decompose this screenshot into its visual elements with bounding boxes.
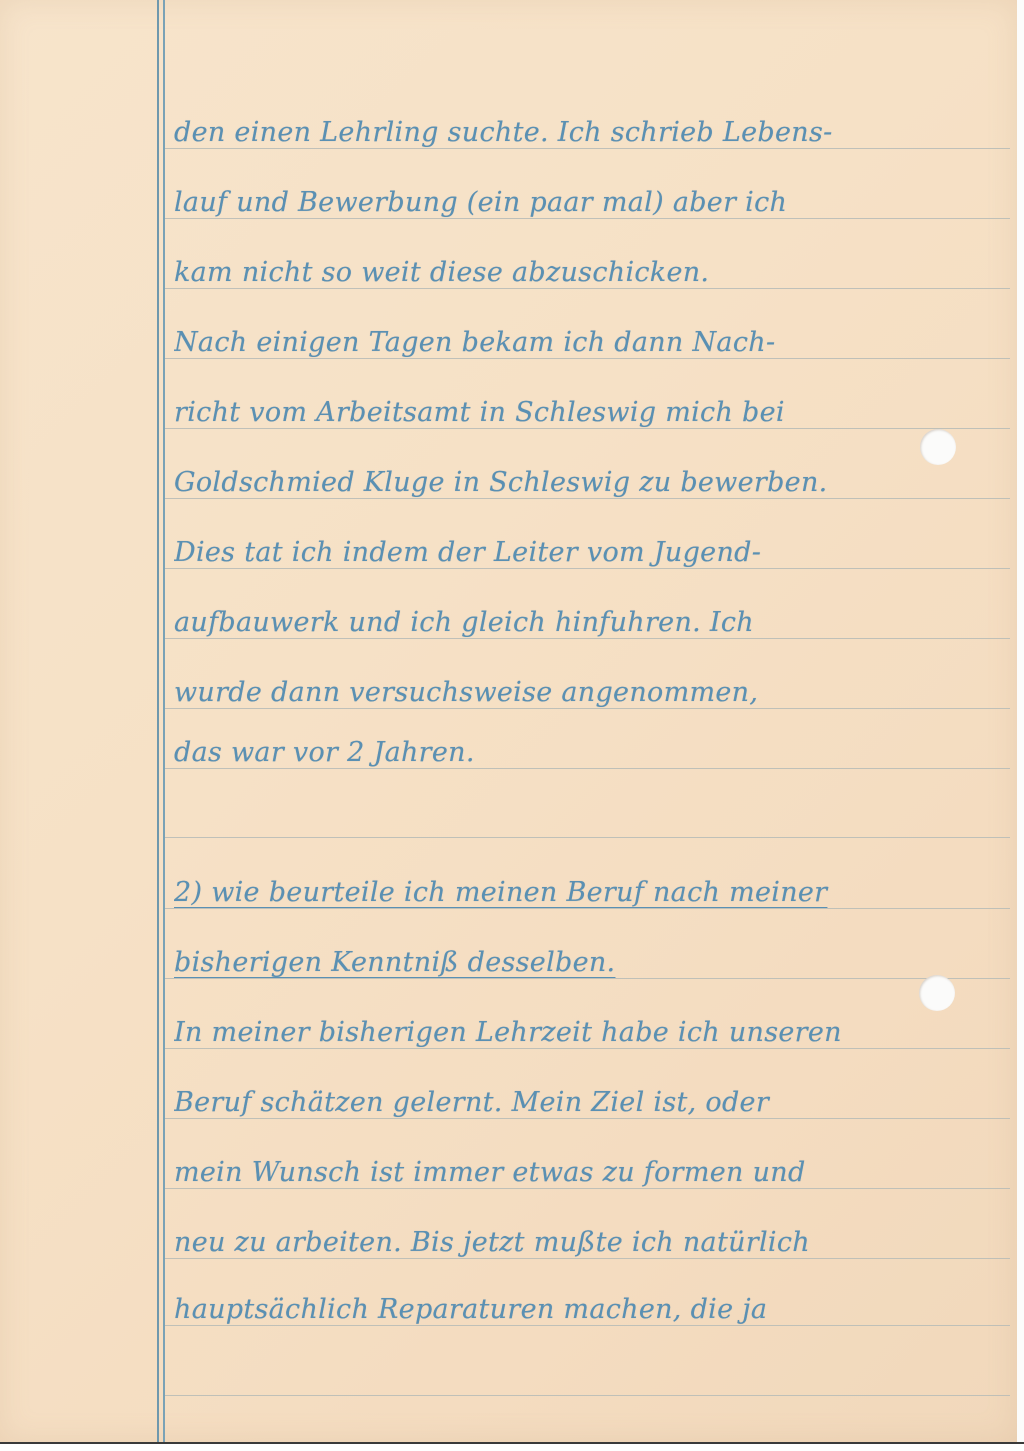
text-line: In meiner bisherigen Lehrzeit habe ich u… (174, 1018, 1004, 1048)
text-line: richt vom Arbeitsamt in Schleswig mich b… (174, 398, 1004, 428)
ruled-line (165, 148, 1010, 149)
ruled-line (165, 1325, 1010, 1326)
section-heading-line: bisherigen Kenntniß desselben. (174, 948, 1004, 978)
text-line: Nach einigen Tagen bekam ich dann Nach- (174, 328, 1004, 358)
scan-edge (1017, 0, 1024, 1442)
text-line: den einen Lehrling suchte. Ich schrieb L… (174, 118, 1004, 148)
text-line: kam nicht so weit diese abzuschicken. (174, 258, 1004, 288)
ruled-line (165, 708, 1010, 709)
text-line: das war vor 2 Jahren. (174, 738, 1004, 768)
ruled-line (165, 498, 1010, 499)
text-line: neu zu arbeiten. Bis jetzt mußte ich nat… (174, 1228, 1004, 1258)
text-line: mein Wunsch ist immer etwas zu formen un… (174, 1158, 1004, 1188)
ruled-line (165, 1188, 1010, 1189)
punch-hole (920, 429, 956, 465)
text-line: Beruf schätzen gelernt. Mein Ziel ist, o… (174, 1088, 1004, 1118)
ruled-line (165, 288, 1010, 289)
paper-page: den einen Lehrling suchte. Ich schrieb L… (0, 0, 1017, 1442)
ruled-line (165, 568, 1010, 569)
ruled-line (165, 1118, 1010, 1119)
ruled-line (165, 1395, 1010, 1396)
text-line: aufbauwerk und ich gleich hinfuhren. Ich (174, 608, 1004, 638)
punch-hole (919, 975, 955, 1011)
text-line: wurde dann versuchsweise angenommen, (174, 678, 1004, 708)
text-line: hauptsächlich Reparaturen machen, die ja (174, 1295, 1004, 1325)
ruled-line (165, 428, 1010, 429)
ruled-line (165, 1258, 1010, 1259)
section-heading-line: 2) wie beurteile ich meinen Beruf nach m… (174, 878, 1004, 908)
text-line: lauf und Bewerbung (ein paar mal) aber i… (174, 188, 1004, 218)
scan-edge (0, 1442, 1024, 1451)
ruled-line (165, 908, 1010, 909)
text-line: Dies tat ich indem der Leiter vom Jugend… (174, 538, 1004, 568)
margin-line (157, 0, 159, 1442)
margin-line (163, 0, 165, 1442)
text-line: Goldschmied Kluge in Schleswig zu bewerb… (174, 468, 1004, 498)
ruled-line (165, 768, 1010, 769)
ruled-line (165, 218, 1010, 219)
ruled-line (165, 1048, 1010, 1049)
ruled-line (165, 978, 1010, 979)
ruled-line (165, 837, 1010, 838)
ruled-line (165, 358, 1010, 359)
ruled-line (165, 638, 1010, 639)
